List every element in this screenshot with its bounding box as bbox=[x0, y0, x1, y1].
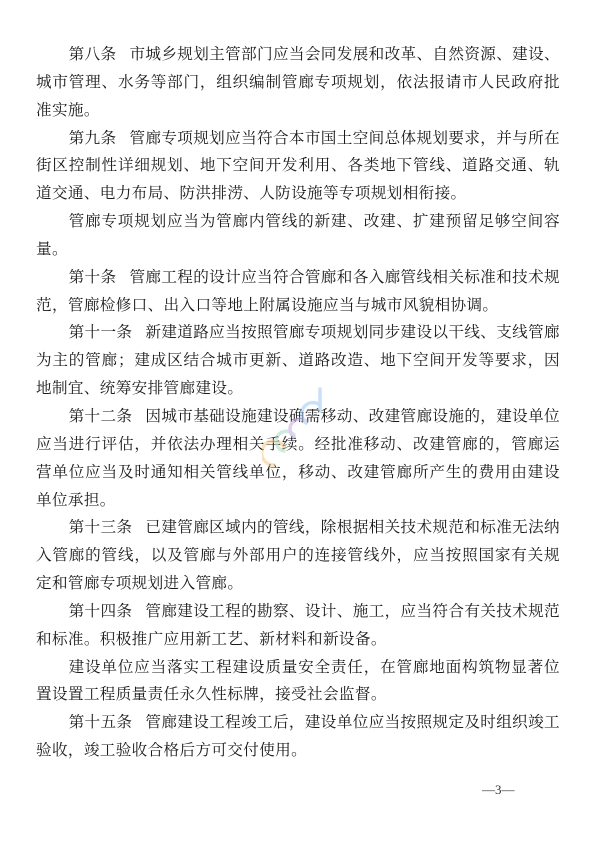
article-12: 第十二条因城市基础设施建设确需移动、改建管廊设施的，建设单位应当进行评估，并依法… bbox=[36, 403, 560, 514]
article-number: 第九条 bbox=[69, 129, 117, 147]
document-page: 第八条市城乡规划主管部门应当会同发展和改革、自然资源、建设、城市管理、水务等部门… bbox=[36, 41, 560, 765]
article-14: 第十四条管廊建设工程的勘察、设计、施工，应当符合有关技术规范和标准。积极推广应用… bbox=[36, 598, 560, 654]
article-number: 第十三条 bbox=[69, 518, 133, 536]
article-number: 第十四条 bbox=[69, 602, 133, 620]
article-9: 第九条管廊专项规划应当符合本市国土空间总体规划要求，并与所在街区控制性详细规划、… bbox=[36, 125, 560, 209]
article-15: 第十五条管廊建设工程竣工后，建设单位应当按照规定及时组织竣工验收，竣工验收合格后… bbox=[36, 709, 560, 765]
article-13: 第十三条已建管廊区域内的管线，除根据相关技术规范和标准无法纳入管廊的管线，以及管… bbox=[36, 514, 560, 598]
article-number: 第十条 bbox=[69, 268, 117, 286]
paragraph-text: 建设单位应当落实工程建设质量安全责任，在管廊地面构筑物显著位置设置工程质量责任永… bbox=[36, 658, 560, 704]
article-number: 第十二条 bbox=[69, 407, 133, 425]
article-8: 第八条市城乡规划主管部门应当会同发展和改革、自然资源、建设、城市管理、水务等部门… bbox=[36, 41, 560, 125]
article-number: 第十五条 bbox=[69, 713, 133, 731]
page-number: —3— bbox=[482, 782, 515, 798]
paragraph-text: 管廊专项规划应当为管廊内管线的新建、改建、扩建预留足够空间容量。 bbox=[36, 212, 560, 258]
article-11: 第十一条新建道路应当按照管廊专项规划同步建设以干线、支线管廊为主的管廊；建成区结… bbox=[36, 319, 560, 403]
article-10: 第十条管廊工程的设计应当符合管廊和各入廊管线相关标准和技术规范，管廊检修口、出入… bbox=[36, 264, 560, 320]
article-14-paragraph-2: 建设单位应当落实工程建设质量安全责任，在管廊地面构筑物显著位置设置工程质量责任永… bbox=[36, 654, 560, 710]
article-number: 第十一条 bbox=[69, 323, 133, 341]
article-9-paragraph-2: 管廊专项规划应当为管廊内管线的新建、改建、扩建预留足够空间容量。 bbox=[36, 208, 560, 264]
article-number: 第八条 bbox=[69, 45, 117, 63]
